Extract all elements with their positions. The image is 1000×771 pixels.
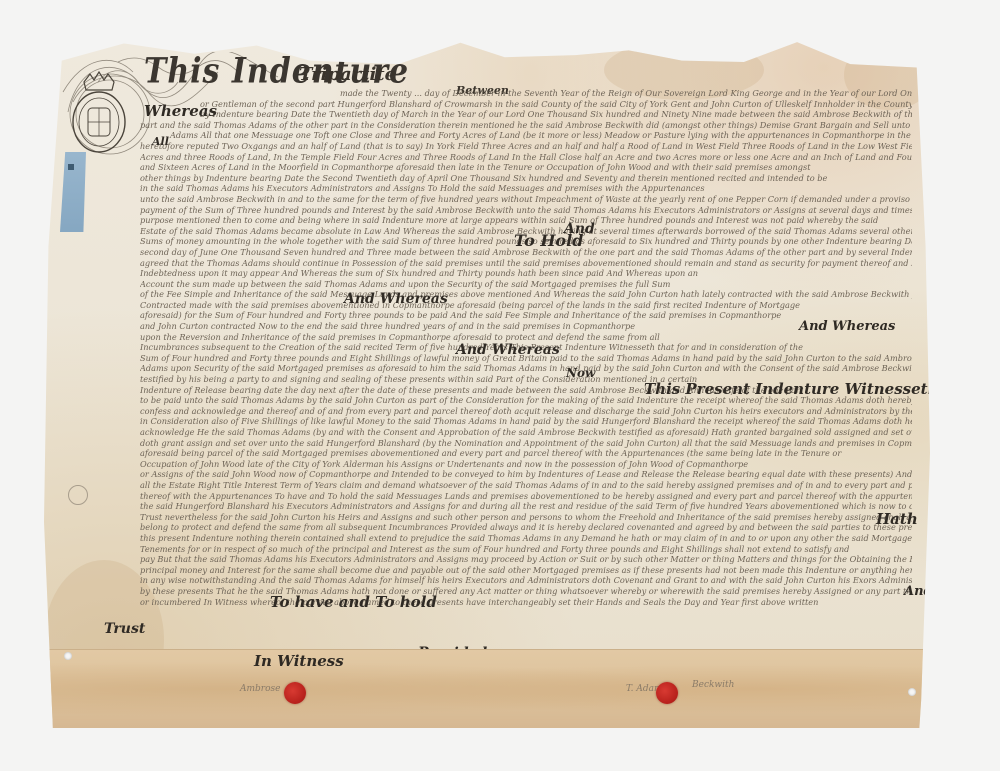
body-line: unto the said Ambrose Beckwith in and to…	[140, 194, 912, 205]
heading-in-witness: In Witness	[254, 652, 344, 670]
royal-crest-icon	[60, 70, 138, 158]
body-line: Contracted made with the said premises a…	[140, 300, 912, 311]
body-line: upon the Reversion and Inheritance of th…	[140, 332, 912, 343]
body-line: all the Estate Right Title Interest Term…	[140, 480, 912, 491]
body-line: purpose mentioned then to come and being…	[140, 215, 912, 226]
body-line: Acres and three Roods of Land, In the Te…	[140, 152, 912, 163]
indenture-parchment: This Indenture Tripartite Between made t…	[44, 40, 930, 728]
body-line: by these presents That he the said Thoma…	[140, 586, 912, 597]
body-line: other things by Indenture bearing Date t…	[140, 173, 912, 184]
body-line: Indebtedness upon it may appear And Wher…	[140, 268, 912, 279]
body-line: in Consideration also of Five Shillings …	[140, 416, 912, 427]
body-line: in the said Thomas Adams his Executors A…	[140, 183, 912, 194]
heading-trust: Trust	[104, 621, 145, 637]
body-line: Account the sum made up between the said…	[140, 279, 912, 290]
heading-and-whereas: And Whereas	[456, 342, 560, 358]
body-line: the said Hungerford Blanshard his Execut…	[140, 501, 912, 512]
heading-hath: Hath	[876, 510, 918, 528]
body-line: belong to protect and defend the same fr…	[140, 522, 912, 533]
heading-to-hold: To Hold	[514, 231, 583, 250]
body-line: aforesaid being parcel of the said Mortg…	[140, 448, 912, 459]
body-line: or incumbered In Witness whereof the par…	[140, 597, 912, 608]
body-line: of the Fee Simple and Inheritance of the…	[140, 289, 912, 300]
wax-seal-left	[284, 682, 306, 704]
punch-hole	[908, 688, 916, 696]
signature: Ambrose	[240, 684, 280, 694]
body-line: Tenements for or in respect of so much o…	[140, 544, 912, 555]
heading-this-present-indenture-witnesseth: This Present Indenture Witnesseth	[644, 380, 939, 398]
bottom-fold-strip: In Witness Ambrose T. Adams Beckwith	[44, 649, 930, 728]
body-line: and John Curton contracted Now to the en…	[140, 321, 912, 332]
heading-to-have-and-to-hold: To have and To hold	[270, 593, 437, 611]
body-line: this present Indenture nothing therein c…	[140, 533, 912, 544]
signature: Beckwith	[692, 680, 734, 690]
heading-all: All	[152, 135, 169, 148]
punch-hole	[64, 652, 72, 660]
body-line: Adams upon Security of the said Mortgage…	[140, 363, 912, 374]
body-line: heretofore reputed Two Oxgangs and an ha…	[140, 141, 912, 152]
heading-whereas: Whereas	[144, 102, 217, 120]
body-line: part and the said Thomas Adams of the ot…	[140, 120, 912, 131]
heading-and-whereas: And Whereas	[799, 319, 895, 334]
opening-clause: made the Twenty ... day of December in t…	[140, 88, 912, 99]
stamp-circle-icon	[68, 485, 88, 505]
body-line: thereof with the Appurtenances To have a…	[140, 491, 912, 502]
body-line: or Assigns of the said John Wood now of …	[140, 469, 912, 480]
tripartite-label: Tripartite	[299, 64, 396, 85]
body-line: pay But that the said Thomas Adams his E…	[140, 554, 912, 565]
body-line: payment of the Sum of Three hundred poun…	[140, 205, 912, 216]
body-line: agreed that the Thomas Adams should cont…	[140, 258, 912, 269]
body-line: by Indenture bearing Date the Twentieth …	[140, 109, 912, 120]
heading-and: And	[904, 584, 933, 599]
body-line: doth grant assign and set over unto the …	[140, 438, 912, 449]
wax-seal-right	[656, 682, 678, 704]
body-line: acknowledge He the said Thomas Adams (by…	[140, 427, 912, 438]
body-line: Adams All that one Messuage one Toft one…	[140, 130, 912, 141]
body-line: and Sixteen Acres of Land in the Moorfie…	[140, 162, 912, 173]
heading-now: Now	[566, 366, 595, 380]
body-line: principal money and Interest for the sam…	[140, 565, 912, 576]
body-line: confess and acknowledge and thereof and …	[140, 406, 912, 417]
body-line: or Gentleman of the second part Hungerfo…	[140, 99, 912, 110]
ribbon-stamp-mark	[68, 164, 74, 170]
body-line: Occupation of John Wood late of the City…	[140, 459, 912, 470]
body-line: in any wise notwithstanding And the said…	[140, 575, 912, 586]
body-line: aforesaid) for the Sum of Four hundred a…	[140, 310, 912, 321]
heading-and-whereas: And Whereas	[344, 291, 448, 307]
body-line: Trust nevertheless for the said John Cur…	[140, 512, 912, 523]
